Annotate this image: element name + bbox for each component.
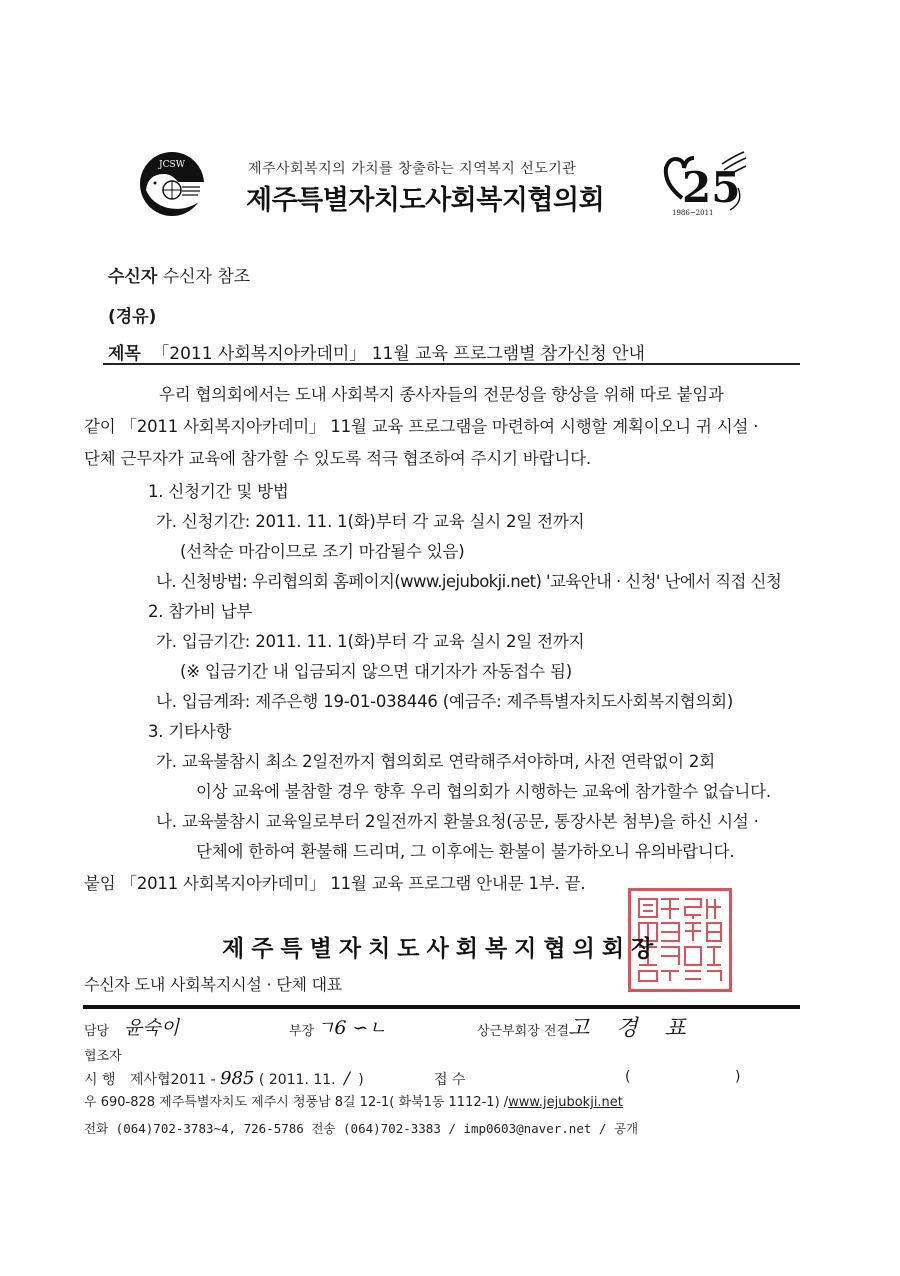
- attachment-line: 붙임 「2011 사회복지아카데미」 11월 교육 프로그램 안내문 1부. 끝…: [84, 870, 585, 894]
- svg-text:25: 25: [682, 163, 740, 212]
- subject-value: 「2011 사회복지아카데미」 11월 교육 프로그램별 참가신청 안내: [152, 344, 645, 364]
- section-2-item-a: 가. 입금기간: 2011. 11. 1(화)부터 각 교육 실시 2일 전까지: [156, 628, 584, 652]
- section-1-item-b: 나. 신청방법: 우리협의회 홈페이지(www.jejubokji.net) '…: [156, 568, 781, 592]
- section-1-item-a-note: (선착순 마감이므로 조기 마감될수 있음): [180, 538, 464, 562]
- website-link[interactable]: www.jejubokji.net: [508, 1095, 623, 1110]
- enforcement-label: 시 행: [84, 1072, 116, 1088]
- footer-divider: [83, 1005, 800, 1009]
- approval-staff-signature: 윤숙이: [124, 1013, 179, 1040]
- enforcement-date: ( 2011. 11.: [259, 1072, 336, 1088]
- receipt-label: 접 수: [434, 1069, 466, 1089]
- section-3-title: 3. 기타사항: [148, 718, 231, 742]
- section-3-item-b-note: 단체에 한하여 환불해 드리며, 그 이후에는 환불이 불가하오니 유의바랍니다…: [196, 838, 734, 862]
- contact-line: 전화 (064)702-3783~4, 726-5786 전송 (064)702…: [84, 1119, 638, 1137]
- recipients-list: 수신자 도내 사회복지시설 · 단체 대표: [84, 972, 342, 995]
- cooperator-label: 협조자: [84, 1045, 122, 1064]
- svg-text:JCSW: JCSW: [158, 160, 186, 170]
- section-2-item-b: 나. 입금계좌: 제주은행 19-01-038446 (예금주: 제주특별자치도…: [156, 688, 733, 712]
- section-2-title: 2. 참가비 납부: [148, 598, 252, 622]
- recipient-line: 수신자 수신자 참조: [108, 262, 250, 287]
- recipient-label: 수신자: [108, 267, 157, 287]
- receipt-paren-open: (: [625, 1069, 630, 1085]
- doc-number-handwritten: 985: [220, 1068, 254, 1089]
- subject-label: 제목: [108, 344, 141, 364]
- subject-divider: [103, 363, 800, 365]
- heart-25th-anniversary-logo-icon: 25 1986~2011: [660, 148, 750, 220]
- postal-address: 우 690-828 제주특별자치도 제주시 청풍남 8길 12-1( 화북1동 …: [84, 1095, 508, 1110]
- via-line: (경유): [108, 302, 156, 327]
- subject-line: 제목 「2011 사회복지아카데미」 11월 교육 프로그램별 참가신청 안내: [108, 339, 645, 364]
- enforcement-date-close: ): [358, 1072, 363, 1088]
- approval-staff-label: 담당: [84, 1020, 109, 1039]
- enforcement-line: 시 행 제사협2011 - 985 ( 2011. 11. / ): [84, 1068, 364, 1089]
- svg-text:1986~2011: 1986~2011: [672, 209, 714, 217]
- section-3-item-a-note: 이상 교육에 불참할 경우 향후 우리 협의회가 시행하는 교육에 참가할수 없…: [196, 778, 771, 802]
- approval-vp-signature: 고 경 표: [568, 1011, 696, 1042]
- jcsw-logo: JCSW: [138, 150, 206, 218]
- section-3-item-a: 가. 교육불참시 최소 2일전까지 협의회로 연락해주셔야하며, 사전 연락없이…: [156, 748, 715, 772]
- recipient-value: 수신자 참조: [163, 267, 251, 287]
- intro-line-3: 단체 근무자가 교육에 참가할 수 있도록 적극 협조하여 주시기 바랍니다.: [84, 445, 591, 469]
- intro-line-1: 우리 협의회에서는 도내 사회복지 종사자들의 전문성을 향상을 위해 따로 붙…: [159, 381, 724, 405]
- enforcement-day-handwritten: /: [344, 1069, 350, 1089]
- intro-line-2: 같이 「2011 사회복지아카데미」 11월 교육 프로그램을 마련하여 시행할…: [84, 413, 758, 437]
- org-name: 제주특별자치도사회복지협의회: [246, 178, 604, 217]
- dove-globe-logo-icon: JCSW: [138, 150, 206, 218]
- anniversary-logo: 25 1986~2011: [660, 148, 750, 220]
- receipt-paren-close: ): [735, 1069, 740, 1085]
- section-2-item-a-note: (※ 입금기간 내 입금되지 않으면 대기자가 자동접수 됨): [180, 658, 572, 682]
- org-slogan: 제주사회복지의 가치를 창출하는 지역복지 선도기관: [248, 158, 576, 178]
- doc-number-prefix: 제사협2011 -: [130, 1072, 216, 1088]
- approval-vp-label: 상근부회장 전결: [477, 1020, 569, 1039]
- approval-manager-signature: ㄱ6 ∽ㄴ: [316, 1013, 387, 1040]
- section-1-title: 1. 신청기간 및 방법: [148, 478, 289, 502]
- address-line: 우 690-828 제주특별자치도 제주시 청풍남 8길 12-1( 화북1동 …: [84, 1091, 623, 1110]
- sender-signature-block: 제주특별자치도사회복지협의회장: [222, 930, 660, 963]
- approval-manager-label: 부장: [289, 1020, 314, 1039]
- section-1-item-a: 가. 신청기간: 2011. 11. 1(화)부터 각 교육 실시 2일 전까지: [156, 508, 584, 532]
- section-3-item-b: 나. 교육불참시 교육일로부터 2일전까지 환불요청(공문, 통장사본 첨부)을…: [156, 808, 759, 832]
